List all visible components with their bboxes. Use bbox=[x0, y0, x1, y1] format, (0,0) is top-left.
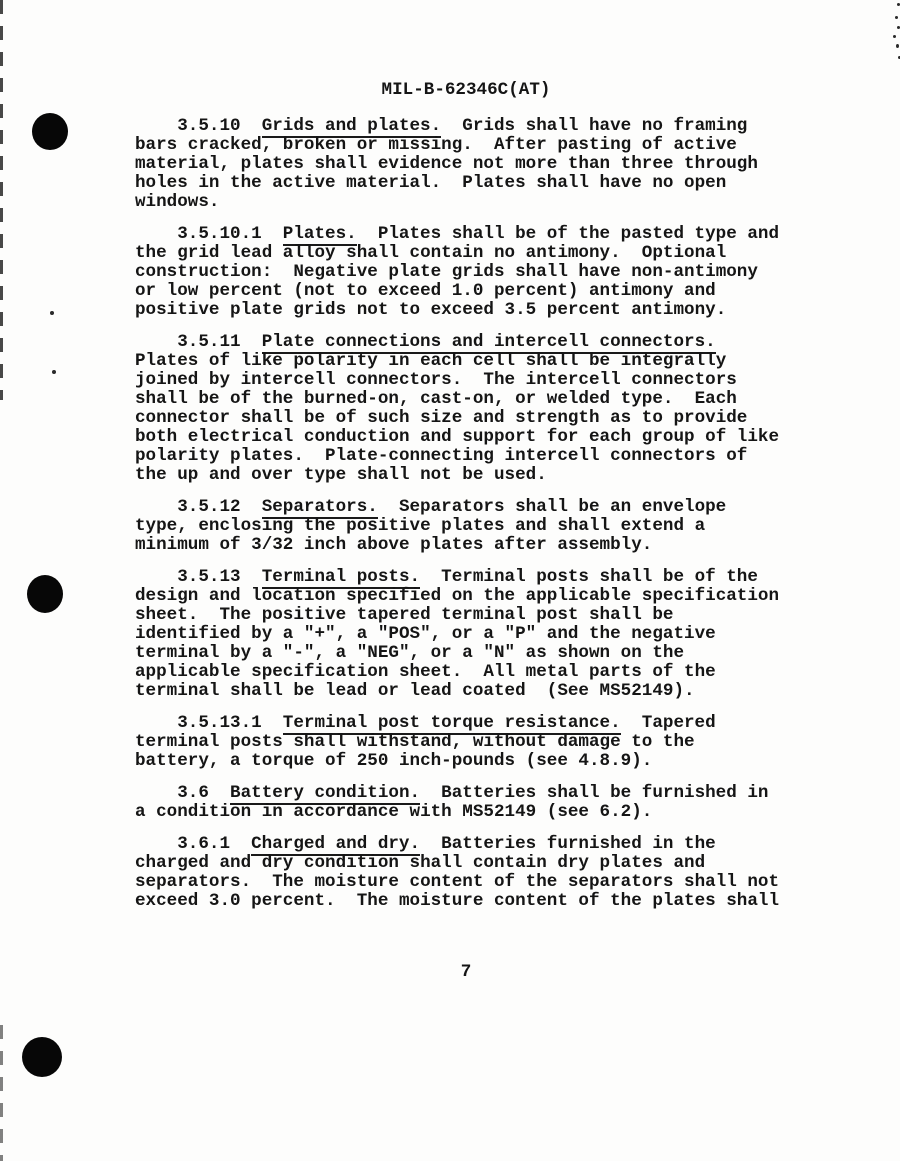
paragraph-first-line: 3.5.10Grids and plates. Grids shall have… bbox=[135, 117, 797, 136]
scan-speck bbox=[52, 370, 56, 374]
paragraph-first-line: 3.5.12Separators. Separators shall be an… bbox=[135, 498, 797, 517]
hole-punch-icon bbox=[27, 575, 63, 613]
paragraph-first-line: 3.5.11Plate connections and intercell co… bbox=[135, 333, 797, 352]
page-number: 7 bbox=[135, 963, 797, 982]
paragraph-first-line: 3.5.10.1Plates. Plates shall be of the p… bbox=[135, 225, 797, 244]
paragraph-number: 3.5.11 bbox=[177, 332, 240, 352]
spec-paragraph-3-6: 3.6Battery condition. Batteries shall be… bbox=[135, 784, 797, 822]
spec-paragraph-3-5-12: 3.5.12Separators. Separators shall be an… bbox=[135, 498, 797, 555]
paragraph-text: a condition in accordance with MS52149 (… bbox=[135, 803, 797, 822]
hole-punch-icon bbox=[22, 1037, 62, 1077]
paragraph-number: 3.5.12 bbox=[177, 497, 240, 517]
paragraph-number: 3.6.1 bbox=[177, 834, 230, 854]
paragraph-text: Grids shall have no framing bbox=[441, 116, 747, 136]
paragraph-first-line: 3.6Battery condition. Batteries shall be… bbox=[135, 784, 797, 803]
scan-speck bbox=[895, 16, 898, 19]
spec-paragraph-3-5-11: 3.5.11Plate connections and intercell co… bbox=[135, 333, 797, 485]
paragraph-text: Tapered bbox=[621, 713, 716, 733]
paragraph-first-line: 3.5.13.1Terminal post torque resistance.… bbox=[135, 714, 797, 733]
paragraph-number: 3.5.10.1 bbox=[177, 224, 261, 244]
paragraph-first-line: 3.6.1Charged and dry. Batteries furnishe… bbox=[135, 835, 797, 854]
paragraph-number: 3.5.13 bbox=[177, 567, 240, 587]
document-body: MIL-B-62346C(AT) 3.5.10Grids and plates.… bbox=[135, 81, 797, 982]
paragraph-text: design and location specified on the app… bbox=[135, 587, 797, 701]
paragraph-text: Batteries furnished in the bbox=[420, 834, 716, 854]
paragraph-number: 3.6 bbox=[177, 783, 209, 803]
scan-speck bbox=[50, 311, 54, 315]
hole-punch-icon bbox=[32, 113, 68, 150]
spec-paragraph-3-5-10: 3.5.10Grids and plates. Grids shall have… bbox=[135, 117, 797, 212]
paragraph-first-line: 3.5.13Terminal posts. Terminal posts sha… bbox=[135, 568, 797, 587]
paragraph-text: Terminal posts shall be of the bbox=[420, 567, 758, 587]
paragraph-text: charged and dry condition shall contain … bbox=[135, 854, 797, 911]
scan-speck bbox=[896, 44, 899, 48]
paragraph-text: Separators shall be an envelope bbox=[378, 497, 726, 517]
paragraph-text: bars cracked, broken or missing. After p… bbox=[135, 136, 797, 212]
paragraph-text: type, enclosing the positive plates and … bbox=[135, 517, 797, 555]
scan-speck bbox=[893, 35, 896, 38]
paragraph-text: Plates shall be of the pasted type and bbox=[357, 224, 779, 244]
spec-paragraph-3-5-10-1: 3.5.10.1Plates. Plates shall be of the p… bbox=[135, 225, 797, 320]
paragraph-text: Batteries shall be furnished in bbox=[420, 783, 768, 803]
paragraph-text: the grid lead alloy shall contain no ant… bbox=[135, 244, 797, 320]
paragraph-number: 3.5.13.1 bbox=[177, 713, 261, 733]
scan-edge-artifact bbox=[0, 0, 3, 400]
scan-edge-artifact bbox=[0, 1025, 3, 1161]
paragraph-text: terminal posts shall withstand, without … bbox=[135, 733, 797, 771]
spec-paragraph-3-5-13: 3.5.13Terminal posts. Terminal posts sha… bbox=[135, 568, 797, 701]
spec-paragraph-3-5-13-1: 3.5.13.1Terminal post torque resistance.… bbox=[135, 714, 797, 771]
doc-header-title: MIL-B-62346C(AT) bbox=[135, 81, 797, 100]
paragraph-number: 3.5.10 bbox=[177, 116, 240, 136]
document-page: MIL-B-62346C(AT) 3.5.10Grids and plates.… bbox=[0, 0, 900, 1161]
spec-paragraph-3-6-1: 3.6.1Charged and dry. Batteries furnishe… bbox=[135, 835, 797, 911]
paragraph-text: Plates of like polarity in each cell sha… bbox=[135, 352, 797, 485]
